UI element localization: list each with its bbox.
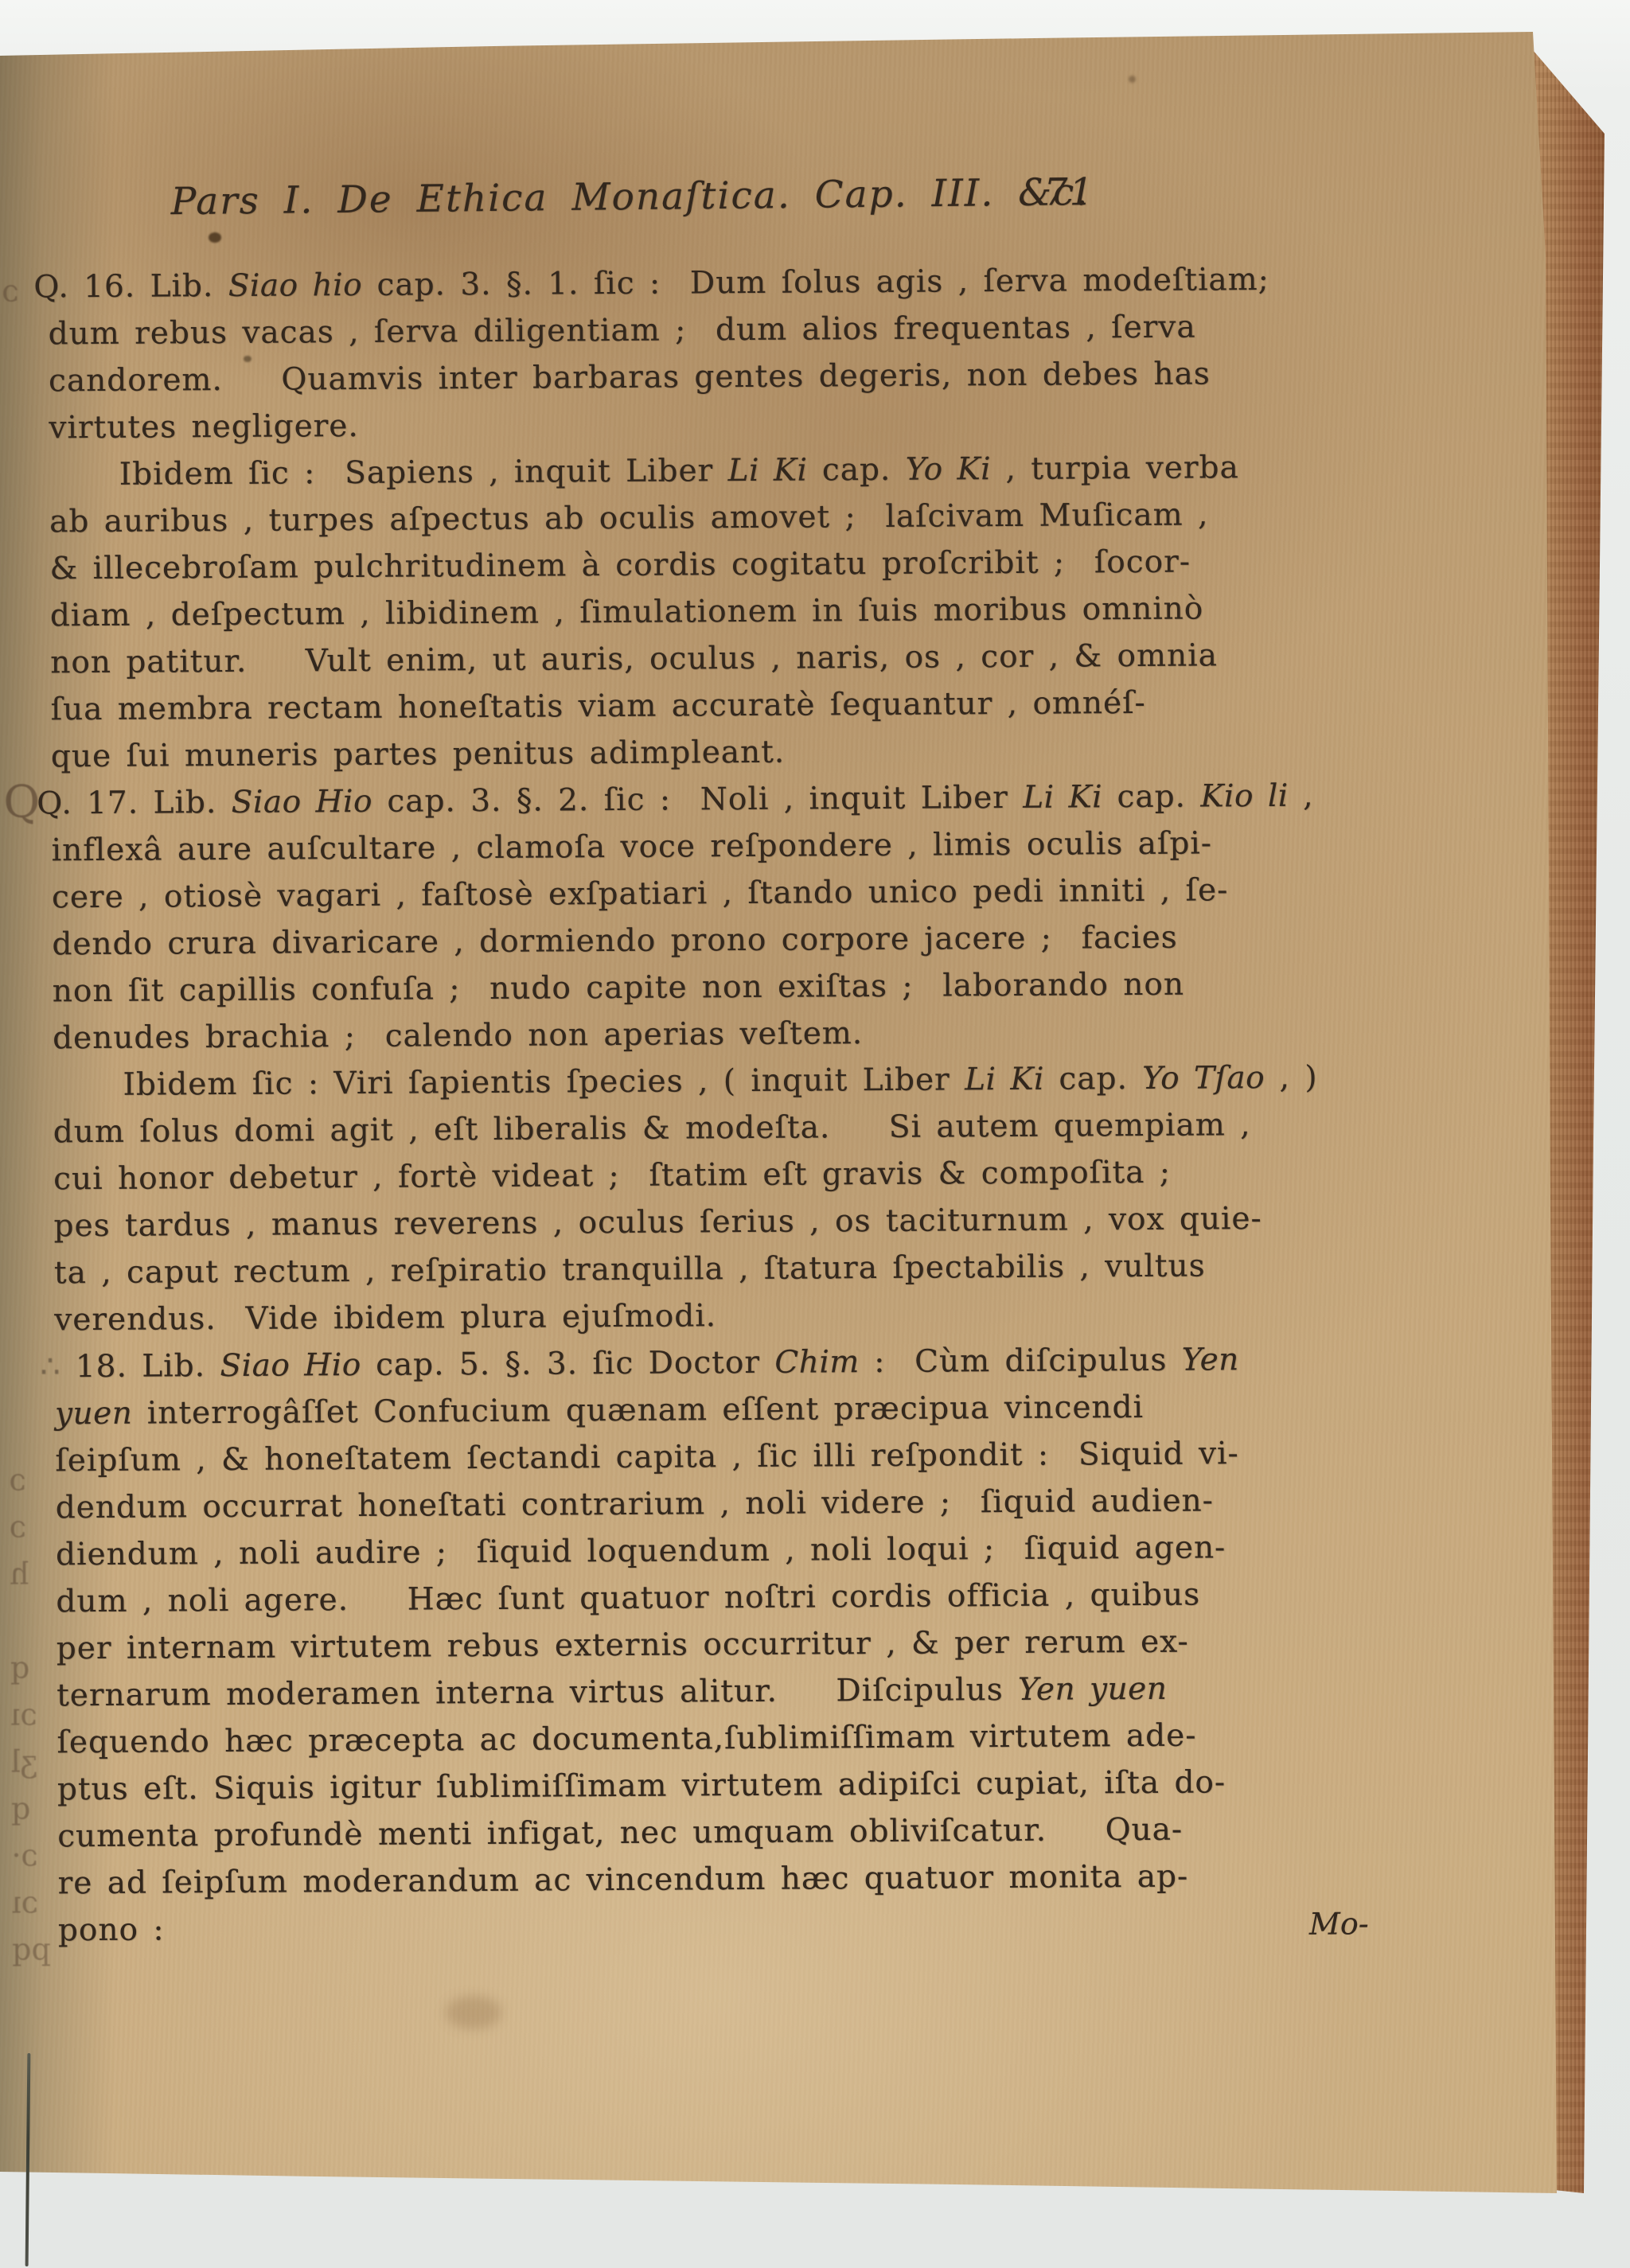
text-segment: Ibidem ſic : Sapiens , inquit Liber <box>119 453 728 493</box>
text-line: dendum occurrat honeſtati contrarium , n… <box>56 1476 1456 1532</box>
text-line: dum , noli agere. Hæc ſunt quatuor noſtr… <box>56 1570 1456 1626</box>
text-line: re ad ſeipſum moderandum ac vincendum hæ… <box>57 1852 1458 1908</box>
text-line: cui honor debetur , fortè videat ; ſtati… <box>53 1148 1454 1203</box>
printed-text-layer: Pars I. De Ethica Monaſtica. Cap. III. &… <box>0 0 1630 2268</box>
text-segment: diam , deſpectum , libidinem , ſimulatio… <box>50 591 1204 634</box>
text-line: dum ſolus domi agit , eſt liberalis & mo… <box>53 1101 1454 1156</box>
ghost-mark: ɔ <box>10 1504 27 1551</box>
text-line: yuen interrogâſſet Confucium quænam eſſe… <box>55 1382 1456 1438</box>
text-segment: pes tardus , manus reverens , oculus ſer… <box>53 1201 1261 1244</box>
text-segment: pono : <box>58 1912 165 1949</box>
ghost-mark: pq <box>12 1926 51 1973</box>
text-segment: dum rebus vacas , ſerva diligentiam ; du… <box>49 310 1196 353</box>
text-line: ∴ 18. Lib. Siao Hio cap. 5. §. 3. ſic Do… <box>40 1335 1455 1391</box>
text-line: ptus eſt. Siquis igitur ſublimiſſimam vi… <box>57 1758 1458 1814</box>
text-segment: candorem. Quamvis inter barbaras gentes … <box>49 356 1211 399</box>
text-segment: cap. <box>1044 1061 1143 1097</box>
text-segment: diendum , noli audire ; ſiquid loquendum… <box>56 1530 1226 1572</box>
ghost-mark: ɔ· <box>11 1832 38 1879</box>
text-line: cere , otiosè vagari , faſtosè exſpatiar… <box>52 866 1453 922</box>
text-segment: verendus. Vide ibidem plura ejuſmodi. <box>54 1298 716 1338</box>
text-line: ſequendo hæc præcepta ac documenta,ſubli… <box>57 1711 1457 1767</box>
text-segment: ta , caput rectum , reſpiratio tranquill… <box>54 1249 1206 1292</box>
text-segment: dendum occurrat honeſtati contrarium , n… <box>56 1483 1214 1526</box>
paragraph: Ibidem ſic : Viri ſapientis ſpecies , ( … <box>53 1054 1455 1344</box>
ghost-mark: ɔı <box>10 1691 37 1738</box>
text-segment: non patitur. Vult enim, ut auris, oculus… <box>50 637 1218 680</box>
text-segment: Q. 17. Lib. <box>37 785 232 821</box>
page-number: 71 <box>1043 161 1095 225</box>
text-segment: Chim <box>774 1344 860 1381</box>
text-segment: cap. <box>807 452 906 489</box>
text-segment: yuen <box>55 1396 133 1432</box>
ghost-mark: q <box>10 1645 30 1692</box>
text-line: Q. 17. Lib. Siao Hio cap. 3. §. 2. ſic :… <box>37 772 1452 828</box>
text-segment: dum ſolus domi agit , eſt liberalis & mo… <box>53 1107 1251 1150</box>
text-segment: Yen <box>1182 1342 1239 1378</box>
text-segment: cui honor debetur , fortè videat ; ſtati… <box>53 1155 1171 1198</box>
text-block: Q. 16. Lib. Siao hio cap. 3. §. 1. ſic :… <box>48 255 1459 1954</box>
text-segment: Yen yuen <box>1018 1671 1168 1708</box>
text-line: ta , caput rectum , reſpiratio tranquill… <box>54 1241 1455 1297</box>
text-segment: , <box>1289 778 1314 814</box>
text-line: ternarum moderamen interna virtus alitur… <box>57 1664 1457 1720</box>
running-title: Pars I. De Ethica Monaſtica. Cap. III. &… <box>170 170 1089 224</box>
text-segment: inflexâ aure auſcultare , clamoſa voce r… <box>52 825 1213 868</box>
text-segment: Ibidem ſic : Viri ſapientis ſpecies , ( … <box>123 1062 965 1102</box>
text-segment: : Cùm diſcipulus <box>860 1342 1182 1380</box>
text-line: Q. 16. Lib. Siao hio cap. 3. §. 1. ſic :… <box>33 255 1449 311</box>
text-line: diendum , noli audire ; ſiquid loquendum… <box>56 1523 1456 1579</box>
paragraph: Q. 16. Lib. Siao hio cap. 3. §. 1. ſic :… <box>48 255 1449 452</box>
text-line: non ſit capillis confuſa ; nudo capite n… <box>53 960 1453 1015</box>
text-segment: cere , otiosè vagari , faſtosè exſpatiar… <box>52 872 1229 915</box>
text-line: & illecebroſam pulchritudinem à cordis c… <box>49 537 1450 593</box>
running-header: Pars I. De Ethica Monaſtica. Cap. III. &… <box>47 158 1289 235</box>
text-segment: , ) <box>1265 1060 1318 1096</box>
ghost-mark: ɔı <box>12 1879 39 1926</box>
ghost-mark: h <box>10 1551 29 1598</box>
text-segment: Li Ki <box>965 1062 1044 1098</box>
text-segment: Li Ki <box>728 453 808 489</box>
text-segment: cap. <box>1102 779 1201 816</box>
text-segment: ſequendo hæc præcepta ac documenta,ſubli… <box>57 1718 1196 1761</box>
text-segment: Li Ki <box>1023 779 1102 816</box>
text-segment: cumenta profundè menti infigat, nec umqu… <box>57 1812 1183 1855</box>
text-line: virtutes negligere. <box>49 396 1449 452</box>
text-line: per internam virtutem rebus externis occ… <box>57 1617 1457 1673</box>
text-segment: per internam virtutem rebus externis occ… <box>57 1624 1189 1667</box>
text-segment: ternarum moderamen interna virtus alitur… <box>57 1672 1018 1713</box>
text-segment: ab auribus , turpes aſpectus ab oculis a… <box>49 497 1209 540</box>
text-line: pes tardus , manus reverens , oculus ſer… <box>53 1194 1454 1250</box>
text-segment: cap. 5. §. 3. ſic Doctor <box>361 1345 775 1383</box>
text-segment: , turpia verba <box>991 450 1239 487</box>
text-segment: ſua membra rectam honeſtatis viam accura… <box>50 685 1145 727</box>
text-line: que ſui muneris partes penitus adimplean… <box>51 725 1452 781</box>
text-line: cumenta profundè menti infigat, nec umqu… <box>57 1805 1458 1861</box>
text-line: ſua membra rectam honeſtatis viam accura… <box>50 678 1451 734</box>
text-segment: ſeipſum , & honeſtatem ſectandi capita ,… <box>55 1436 1239 1479</box>
text-line: denudes brachia ; calendo non aperias ve… <box>53 1007 1453 1062</box>
text-line: non patitur. Vult enim, ut auris, oculus… <box>50 631 1451 687</box>
text-segment: cap. 3. §. 1. ſic : Dum ſolus agis , ſer… <box>362 262 1269 303</box>
text-line: Ibidem ſic : Viri ſapientis ſpecies , ( … <box>123 1054 1453 1109</box>
ghost-mark: q <box>11 1786 31 1833</box>
text-segment: dendo crura divaricare , dormiendo prono… <box>52 920 1178 963</box>
scan-background: { "document": { "header": { "running_tit… <box>0 0 1630 2268</box>
text-segment: virtutes negligere. <box>49 408 359 446</box>
text-segment: 18. Lib. <box>76 1348 220 1385</box>
text-line: dum rebus vacas , ſerva diligentiam ; du… <box>49 302 1449 358</box>
text-segment: denudes brachia ; calendo non aperias ve… <box>53 1015 863 1056</box>
text-segment: que ſui muneris partes penitus adimplean… <box>51 735 786 775</box>
ghost-mark: ɔ <box>9 1457 26 1504</box>
text-segment: cap. 3. §. 2. ſic : Noli , inquit Liber <box>372 780 1024 820</box>
text-segment: Siao Hio <box>220 1347 361 1384</box>
text-segment: & illecebroſam pulchritudinem à cordis c… <box>49 544 1191 587</box>
text-line: dendo crura divaricare , dormiendo prono… <box>52 913 1453 968</box>
text-line: inflexâ aure auſcultare , clamoſa voce r… <box>52 819 1453 875</box>
paragraph: Q. 17. Lib. Siao Hio cap. 3. §. 2. ſic :… <box>51 772 1453 1062</box>
text-line: ab auribus , turpes aſpectus ab oculis a… <box>49 490 1450 546</box>
paragraph: Ibidem ſic : Sapiens , inquit Liber Li K… <box>49 443 1452 781</box>
text-segment: non ſit capillis confuſa ; nudo capite n… <box>53 967 1185 1010</box>
text-segment: ptus eſt. Siquis igitur ſublimiſſimam vi… <box>57 1764 1226 1807</box>
text-segment: Yo Ki <box>906 451 992 488</box>
text-segment: Siao Hio <box>232 784 373 820</box>
text-segment: Q. 16. Lib. <box>33 268 228 305</box>
text-segment: Yo Tſao <box>1142 1060 1265 1097</box>
text-segment: interrogâſſet Confucium quænam eſſent pr… <box>132 1389 1144 1432</box>
text-line: verendus. Vide ibidem plura ejuſmodi. <box>54 1288 1455 1344</box>
catchword: Mo- <box>1309 1900 1369 1947</box>
ghost-mark: ʒl <box>11 1738 38 1785</box>
text-line: ſeipſum , & honeſtatem ſectandi capita ,… <box>55 1429 1456 1485</box>
text-line: pono : <box>58 1899 1459 1954</box>
text-segment: Siao hio <box>228 267 363 304</box>
text-line: candorem. Quamvis inter barbaras gentes … <box>49 349 1449 405</box>
text-segment: dum , noli agere. Hæc ſunt quatuor noſtr… <box>56 1577 1200 1620</box>
ghost-mark: Q <box>3 778 40 825</box>
text-line: diam , deſpectum , libidinem , ſimulatio… <box>50 584 1451 640</box>
text-segment: Kio li <box>1200 778 1289 815</box>
text-segment: re ad ſeipſum moderandum ac vincendum hæ… <box>57 1859 1188 1902</box>
text-line: Ibidem ſic : Sapiens , inquit Liber Li K… <box>119 443 1450 498</box>
ghost-mark: ɔ <box>2 268 19 315</box>
paragraph: ∴ 18. Lib. Siao Hio cap. 5. §. 3. ſic Do… <box>54 1335 1459 1954</box>
